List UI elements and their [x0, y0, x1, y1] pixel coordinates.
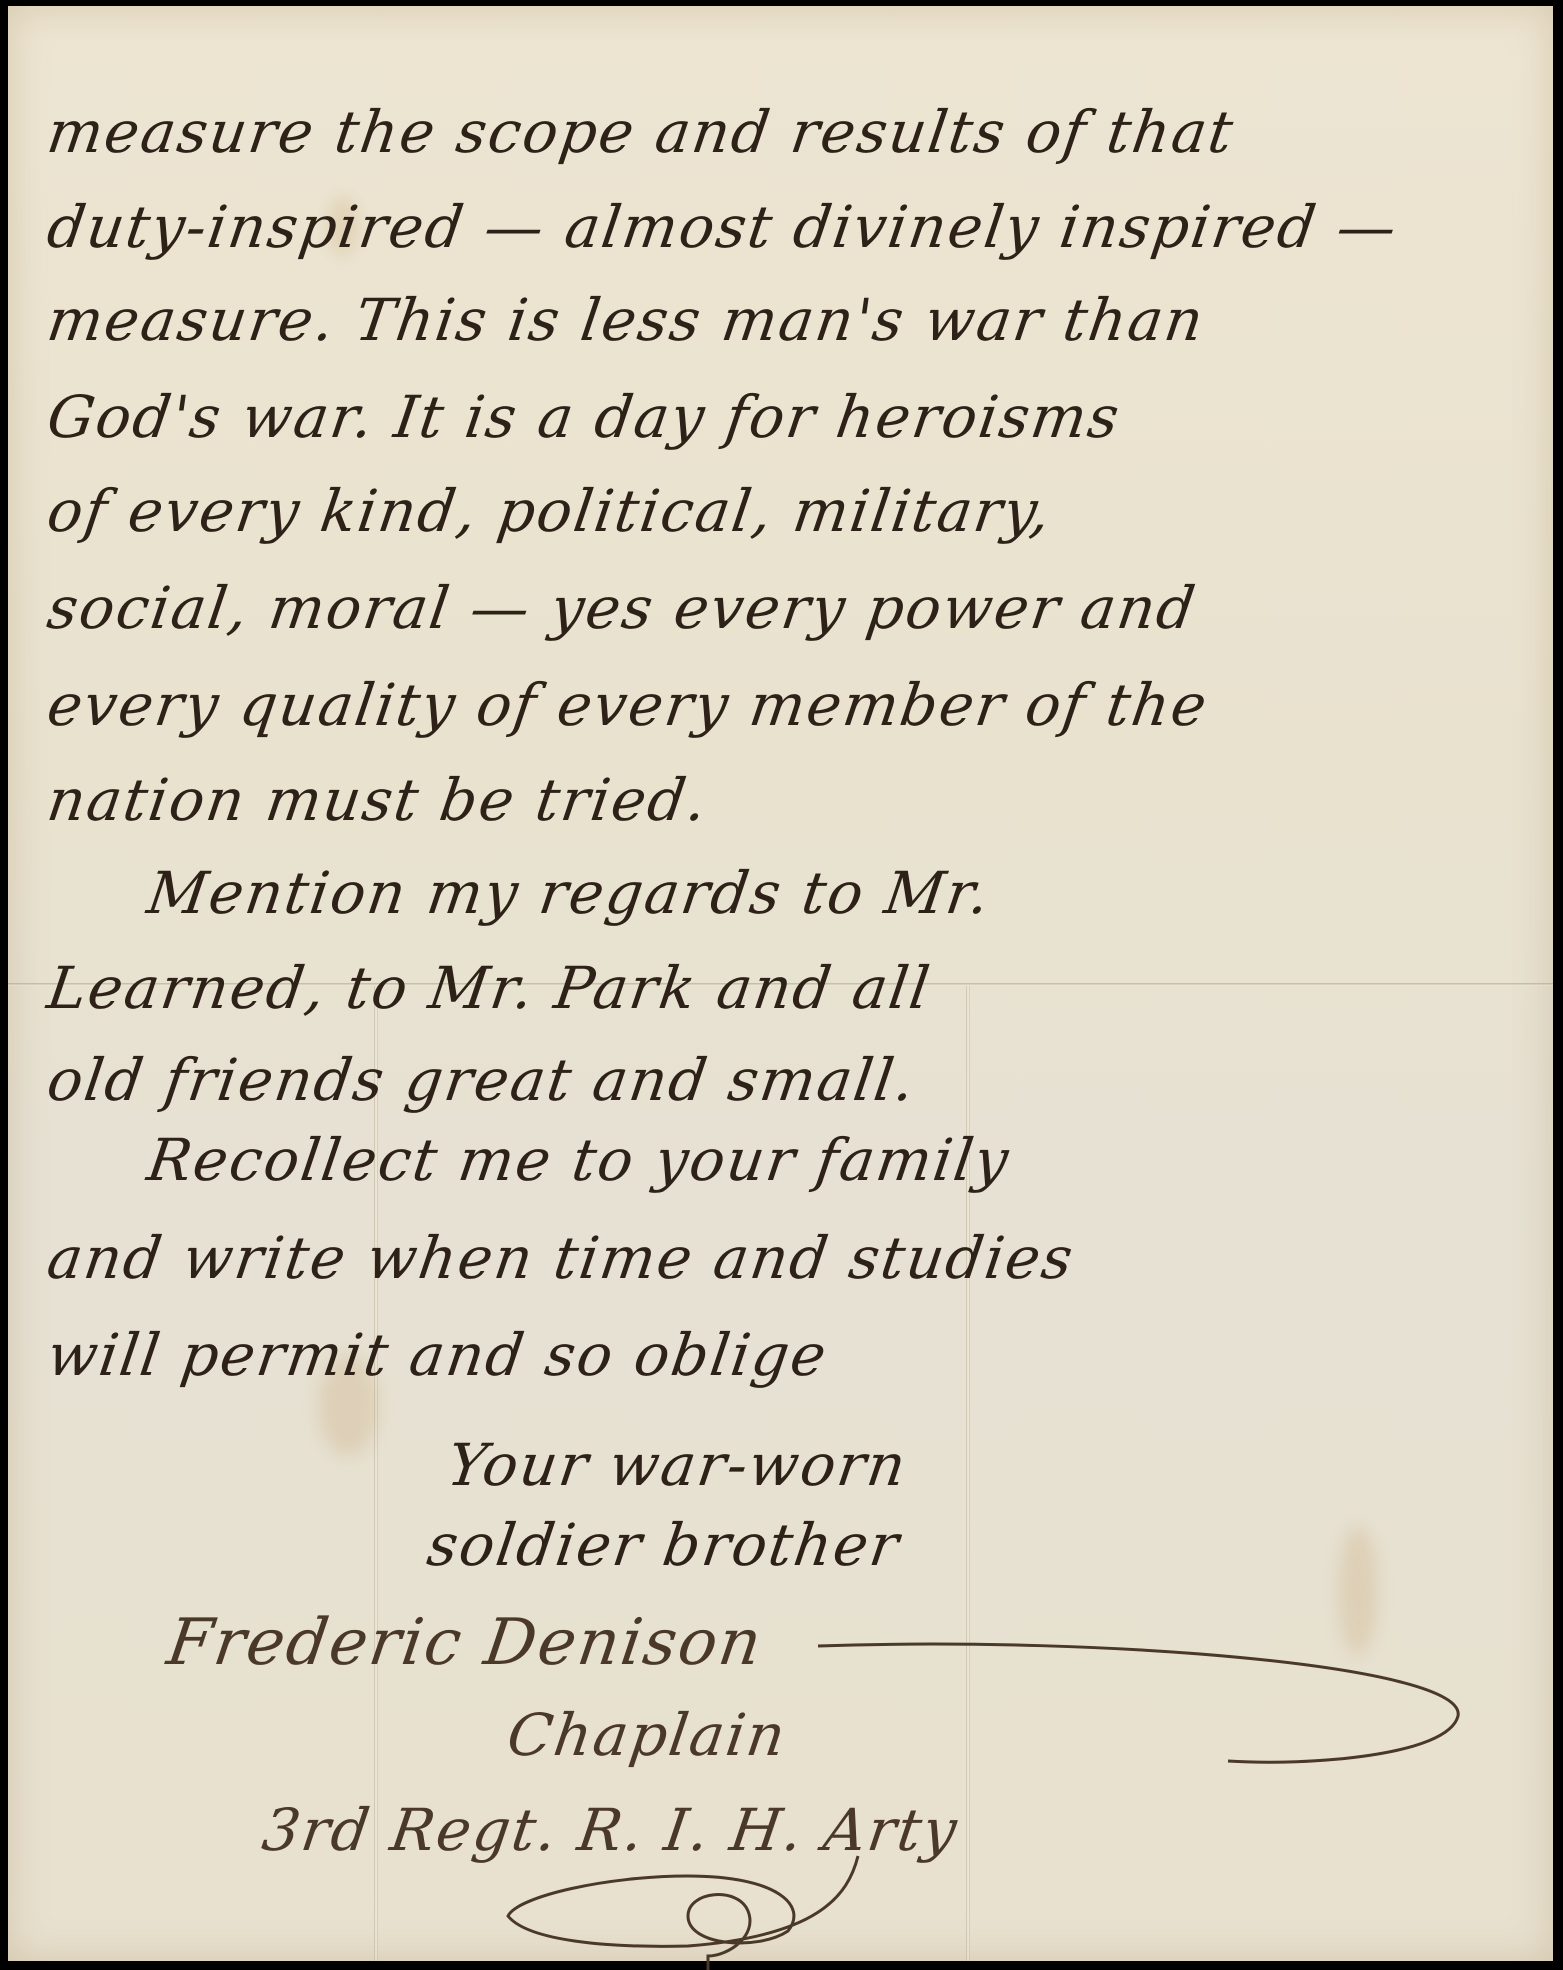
body-line: of every kind, political, military,	[43, 477, 1056, 545]
body-line: duty-inspired — almost divinely inspired…	[43, 193, 1402, 261]
body-line: God's war. It is a day for heroisms	[43, 383, 1125, 451]
regards-line: Learned, to Mr. Park and all	[43, 954, 935, 1022]
body-line: social, moral — yes every power and	[43, 574, 1201, 642]
body-line: nation must be tried.	[43, 766, 712, 834]
regards-line: Mention my regards to Mr.	[143, 859, 995, 927]
signature-title: Chaplain	[503, 1701, 791, 1769]
signature-flourish-icon	[808, 1626, 1508, 1776]
closing-line: Recollect me to your family	[143, 1126, 1014, 1194]
letter-page: measure the scope and results of that du…	[8, 6, 1553, 1961]
valediction-line: soldier brother	[423, 1511, 904, 1579]
closing-line: and write when time and studies	[43, 1224, 1078, 1292]
body-line: measure the scope and results of that	[43, 98, 1239, 166]
valediction-line: Your war-worn	[443, 1431, 911, 1499]
signature-name: Frederic Denison	[163, 1606, 768, 1680]
regards-line: old friends great and small.	[43, 1046, 920, 1114]
body-line: measure. This is less man's war than	[43, 286, 1209, 354]
closing-line: will permit and so oblige	[43, 1321, 832, 1389]
body-line: every quality of every member of the	[43, 671, 1212, 739]
paraph-flourish-icon	[488, 1836, 1048, 1970]
